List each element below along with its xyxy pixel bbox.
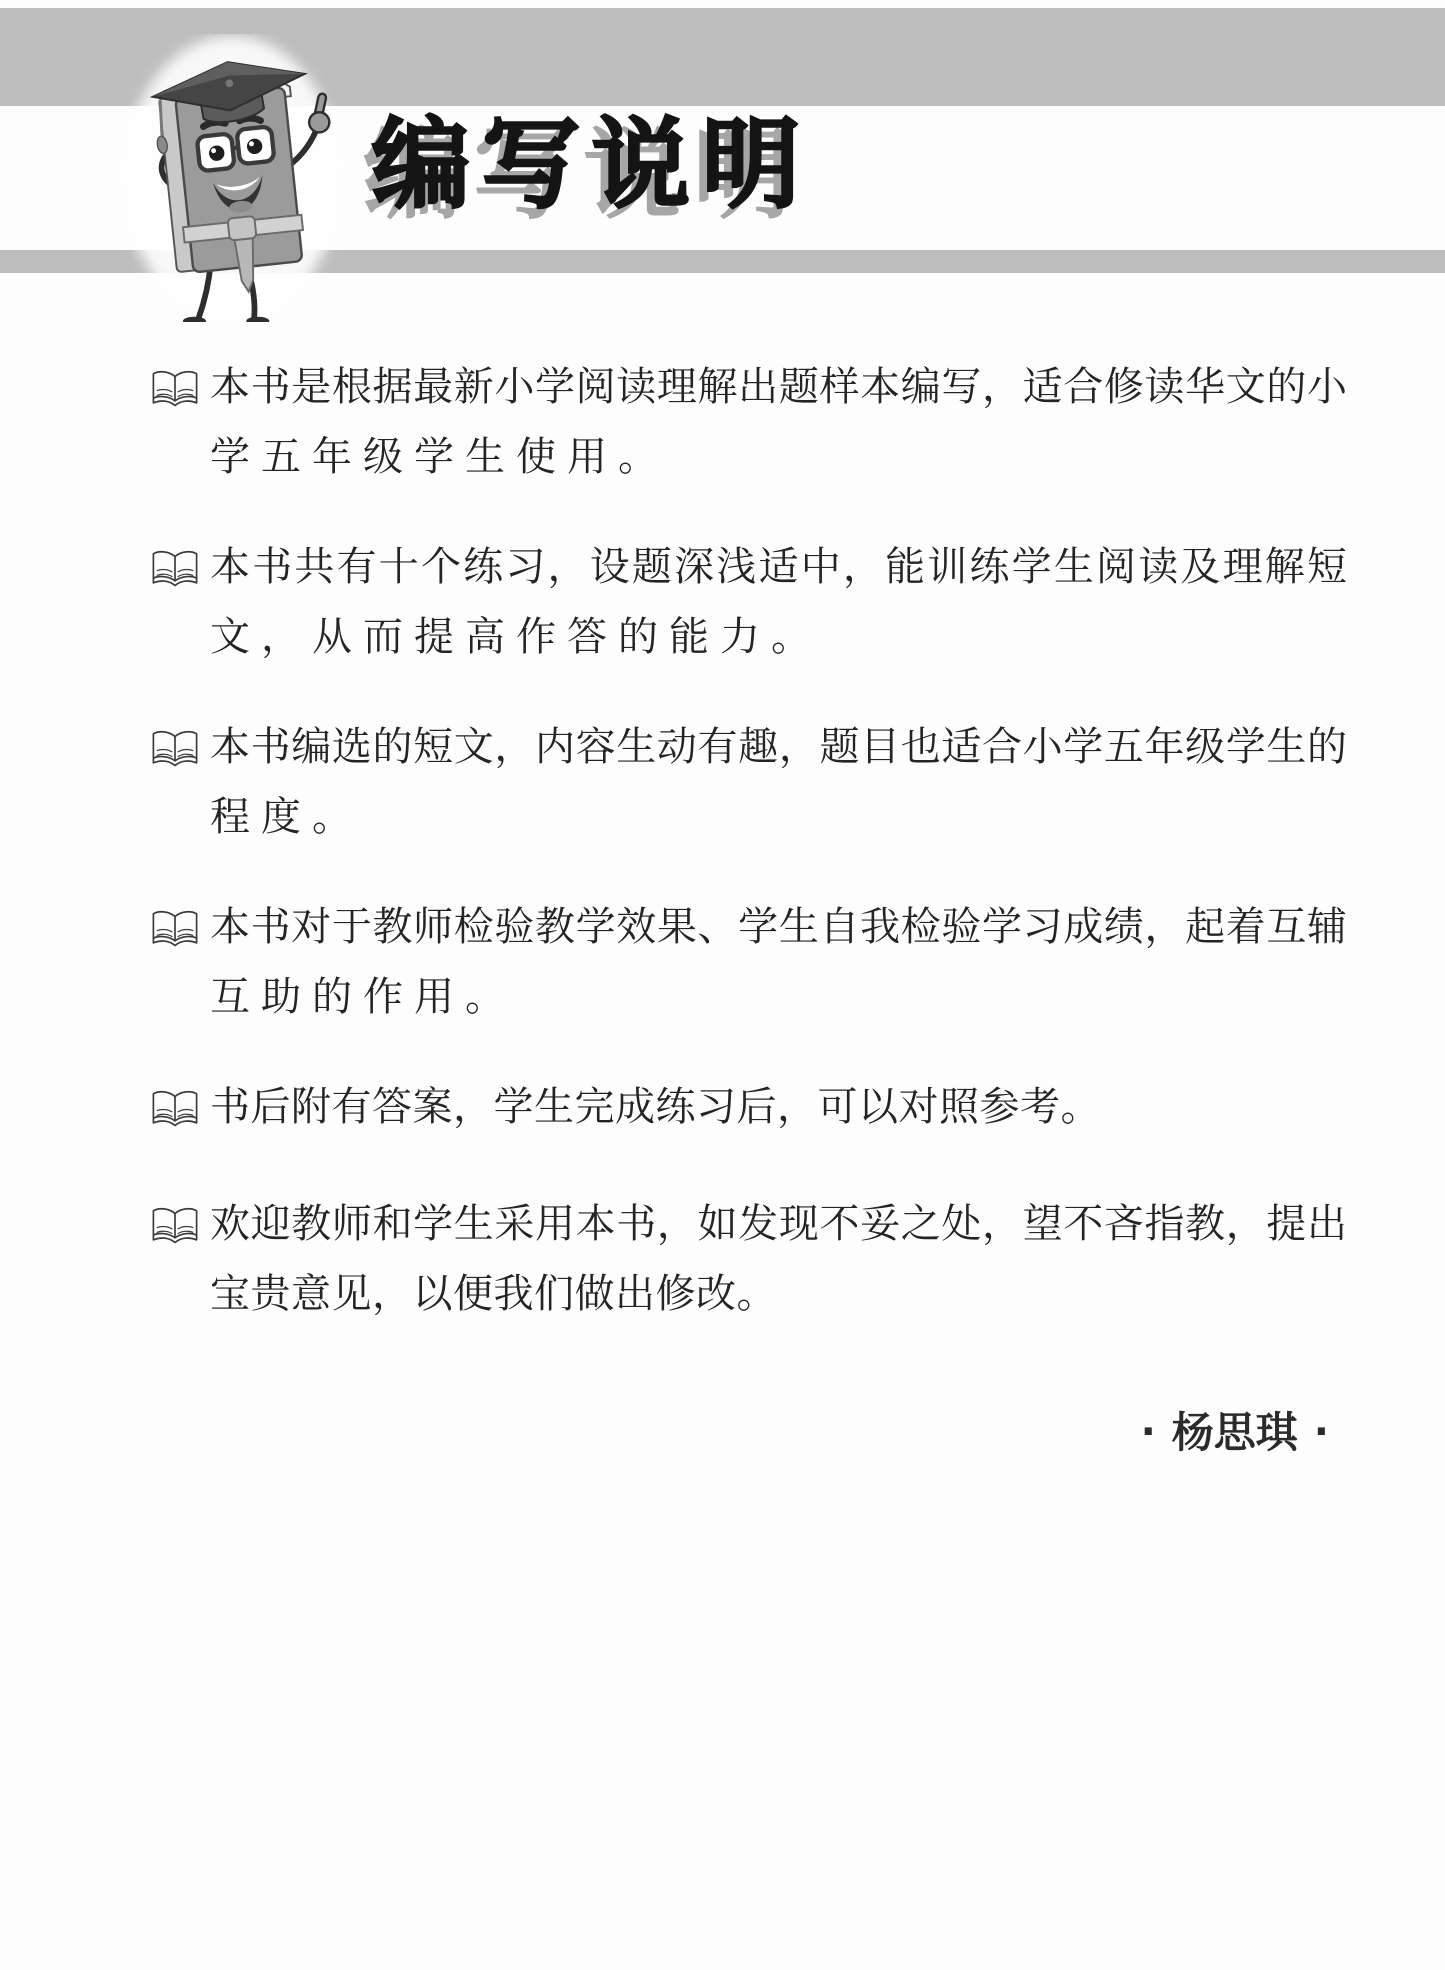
- text-line: 宝贵意见，以便我们做出修改。: [210, 1259, 1347, 1329]
- text-line: 欢迎教师和学生采用本书，如发现不妥之处，望不吝指教，提出: [210, 1189, 1347, 1259]
- open-book-icon: [148, 352, 210, 492]
- bullet-text: 欢迎教师和学生采用本书，如发现不妥之处，望不吝指教，提出 宝贵意见，以便我们做出…: [210, 1189, 1347, 1329]
- bullet-text: 本书对于教师检验教学效果、学生自我检验学习成绩，起着互辅 互助的作用。: [210, 892, 1347, 1032]
- author-name: 杨思琪: [1172, 1408, 1298, 1457]
- bullet-text: 本书编选的短文，内容生动有趣，题目也适合小学五年级学生的 程度。: [210, 712, 1347, 852]
- book-preface-page: 编写说明: [0, 0, 1445, 1970]
- open-book-icon: [148, 1189, 210, 1329]
- text-line: 书后附有答案，学生完成练习后，可以对照参考。: [210, 1072, 1347, 1142]
- list-item: 本书编选的短文，内容生动有趣，题目也适合小学五年级学生的 程度。: [148, 712, 1347, 852]
- text-line: 文，从而提高作答的能力。: [210, 602, 1347, 672]
- author-dot-right: ·: [1314, 1409, 1329, 1455]
- bullet-text: 本书是根据最新小学阅读理解出题样本编写，适合修读华文的小 学五年级学生使用。: [210, 352, 1347, 492]
- author-credit: ·杨思琪·: [1125, 1408, 1345, 1459]
- open-book-icon: [148, 892, 210, 1032]
- open-book-icon: [148, 1072, 210, 1142]
- text-line: 本书对于教师检验教学效果、学生自我检验学习成绩，起着互辅: [210, 892, 1347, 962]
- text-line: 本书共有十个练习，设题深浅适中，能训练学生阅读及理解短: [210, 532, 1347, 602]
- open-book-icon: [148, 712, 210, 852]
- author-dot-left: ·: [1141, 1409, 1156, 1455]
- list-item: 本书对于教师检验教学效果、学生自我检验学习成绩，起着互辅 互助的作用。: [148, 892, 1347, 1032]
- text-line: 本书是根据最新小学阅读理解出题样本编写，适合修读华文的小: [210, 352, 1347, 422]
- bullet-text: 书后附有答案，学生完成练习后，可以对照参考。: [210, 1072, 1347, 1142]
- preface-body: 本书是根据最新小学阅读理解出题样本编写，适合修读华文的小 学五年级学生使用。 本…: [148, 352, 1347, 1369]
- mascot-book-graduate: [103, 34, 355, 322]
- page-title: 编写说明: [372, 116, 812, 214]
- list-item: 欢迎教师和学生采用本书，如发现不妥之处，望不吝指教，提出 宝贵意见，以便我们做出…: [148, 1189, 1347, 1329]
- text-line: 学五年级学生使用。: [210, 422, 1347, 492]
- list-item: 书后附有答案，学生完成练习后，可以对照参考。: [148, 1072, 1347, 1142]
- text-line: 本书编选的短文，内容生动有趣，题目也适合小学五年级学生的: [210, 712, 1347, 782]
- bullet-text: 本书共有十个练习，设题深浅适中，能训练学生阅读及理解短 文，从而提高作答的能力。: [210, 532, 1347, 672]
- text-line: 互助的作用。: [210, 962, 1347, 1032]
- list-item: 本书是根据最新小学阅读理解出题样本编写，适合修读华文的小 学五年级学生使用。: [148, 352, 1347, 492]
- list-item: 本书共有十个练习，设题深浅适中，能训练学生阅读及理解短 文，从而提高作答的能力。: [148, 532, 1347, 672]
- open-book-icon: [148, 532, 210, 672]
- text-line: 程度。: [210, 782, 1347, 852]
